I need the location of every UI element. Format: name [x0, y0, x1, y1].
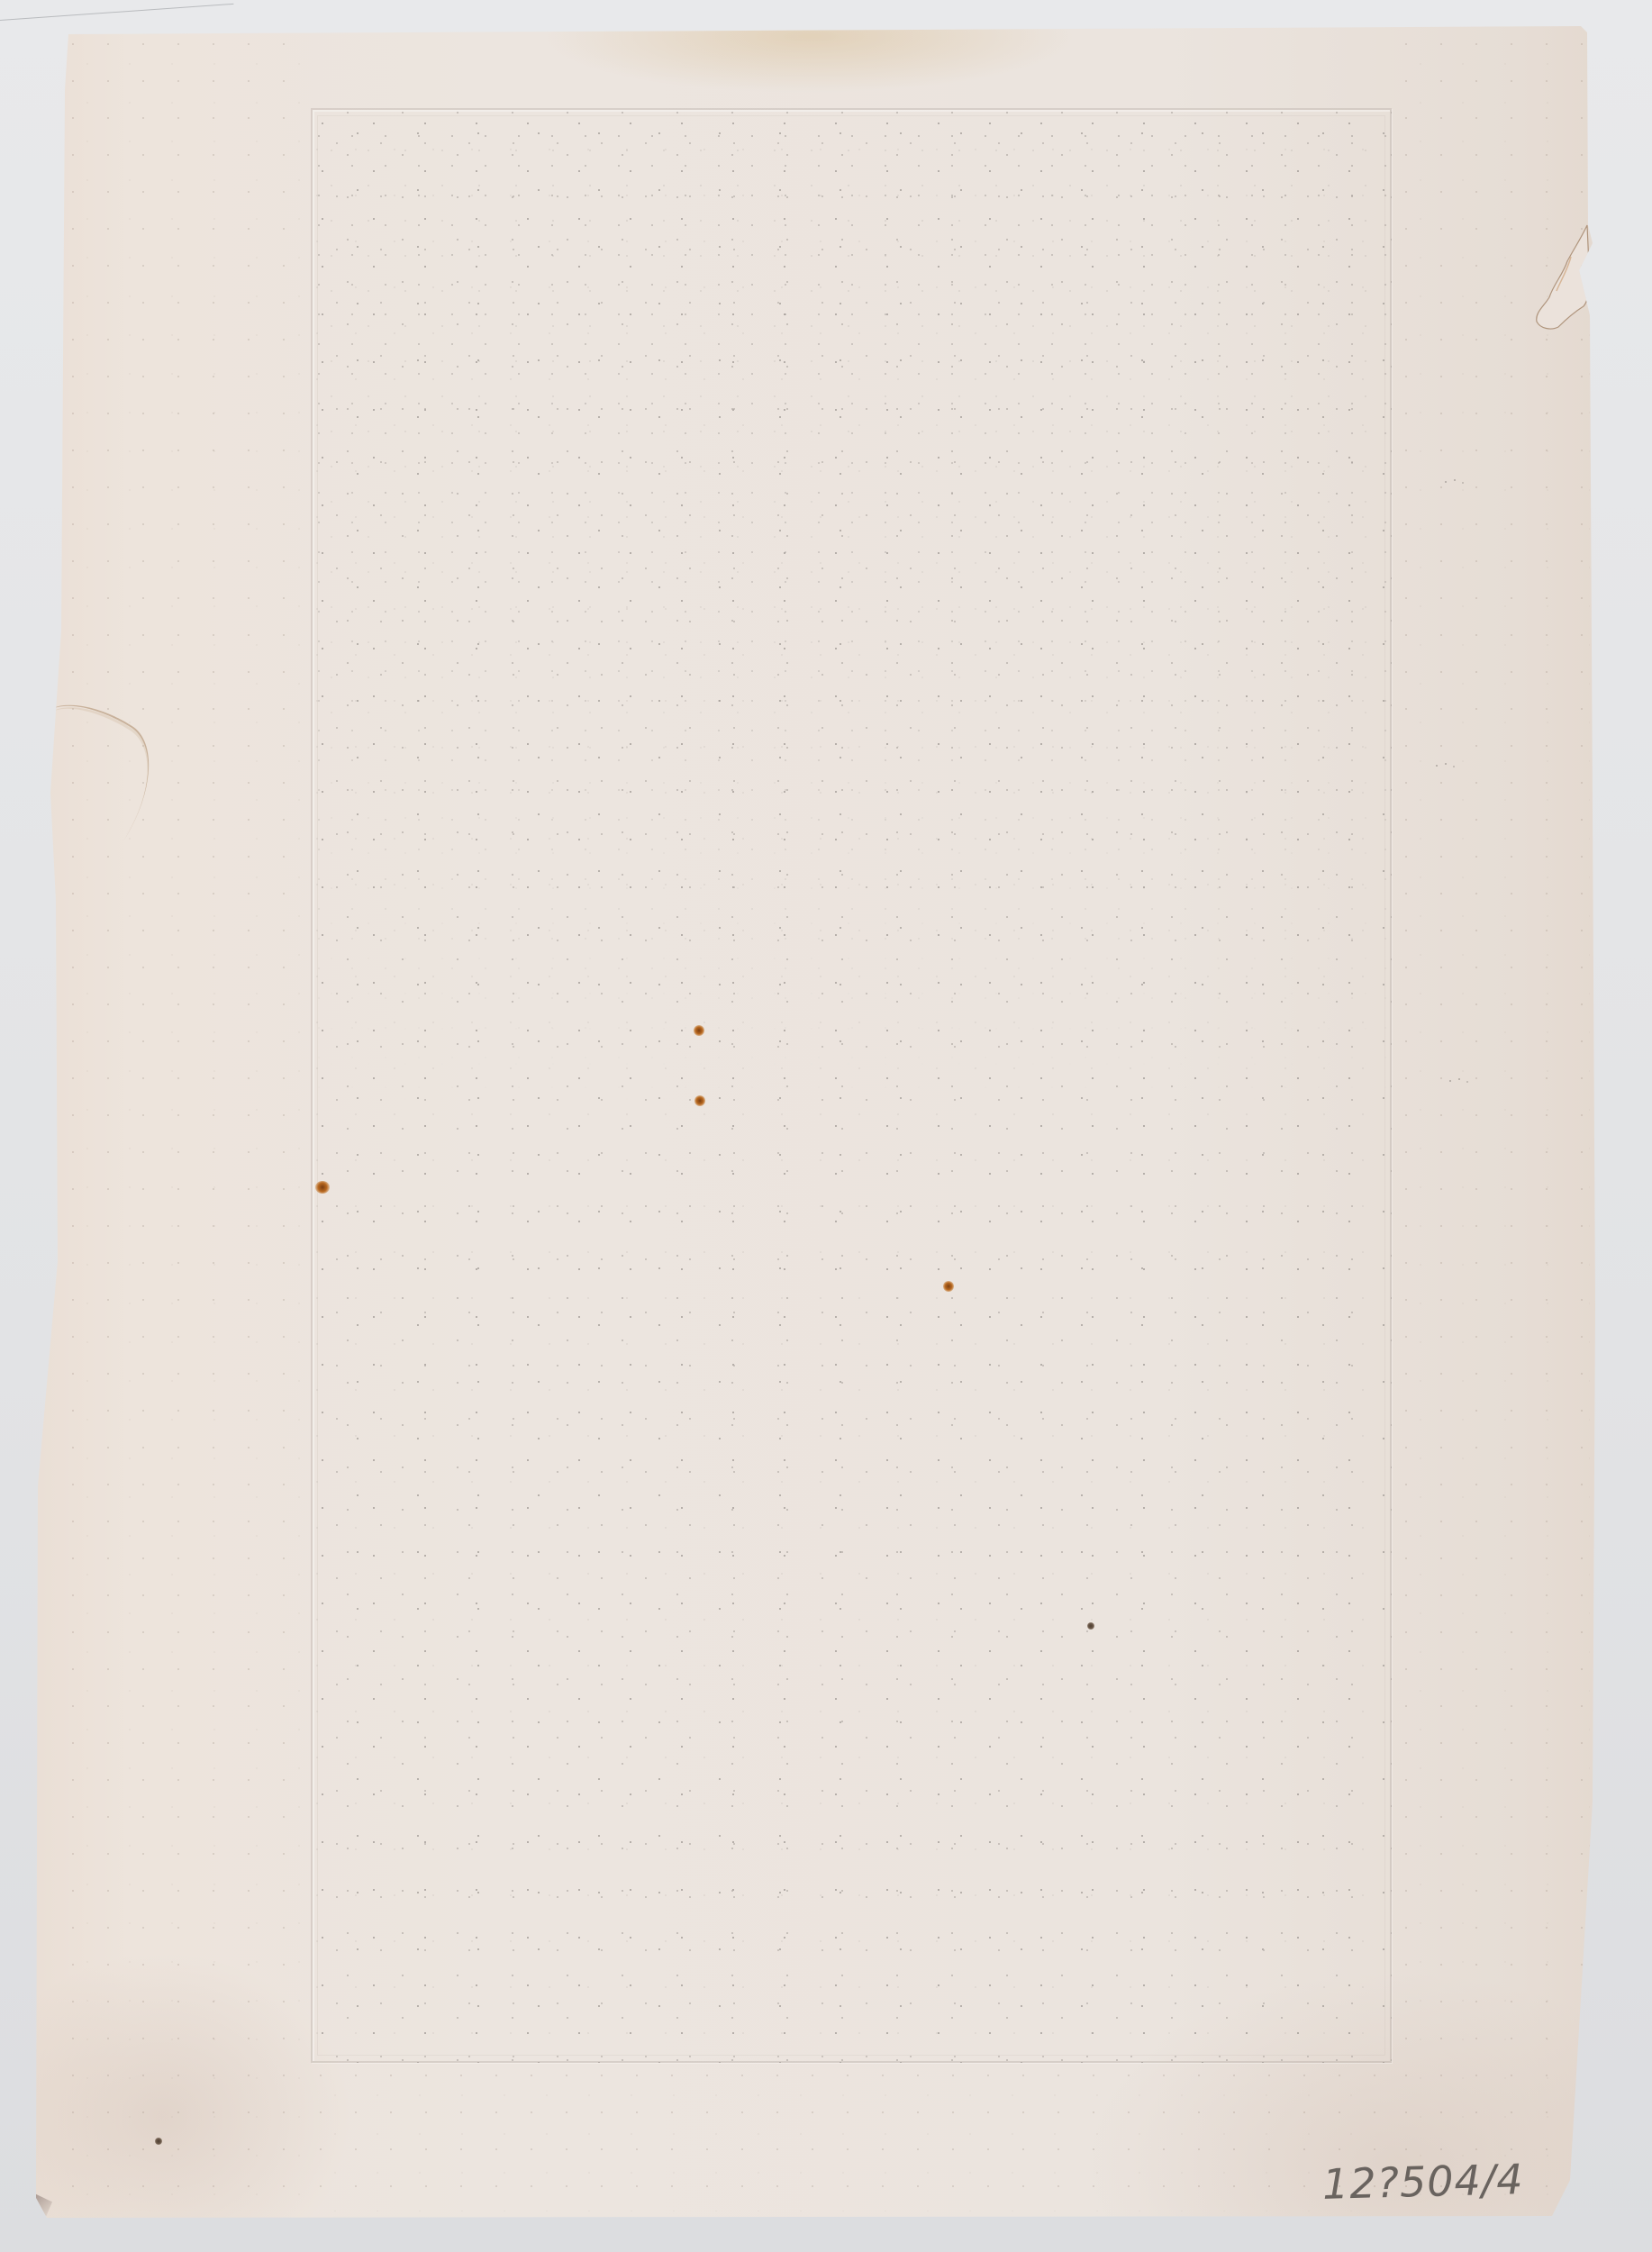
margin-speckle-right: [1396, 36, 1590, 2207]
foxing-spot: [943, 1281, 954, 1292]
margin-mark: [1446, 1076, 1473, 1085]
margin-mark: [1441, 477, 1468, 486]
dark-spot: [1087, 1622, 1094, 1630]
foxing-spot: [694, 1095, 705, 1106]
plate-mark-inner: [317, 115, 1385, 2056]
dark-spot: [155, 2138, 162, 2145]
margin-speckle-left: [63, 36, 306, 2207]
foxing-spot: [694, 1025, 704, 1036]
margin-mark: [1432, 761, 1459, 770]
margin-speckle-bottom: [311, 2067, 1392, 2211]
paper-sheet: 12?504/4: [0, 0, 1652, 2252]
inventory-number: 12?504/4: [1321, 2155, 1524, 2209]
foxing-spot: [315, 1181, 330, 1194]
